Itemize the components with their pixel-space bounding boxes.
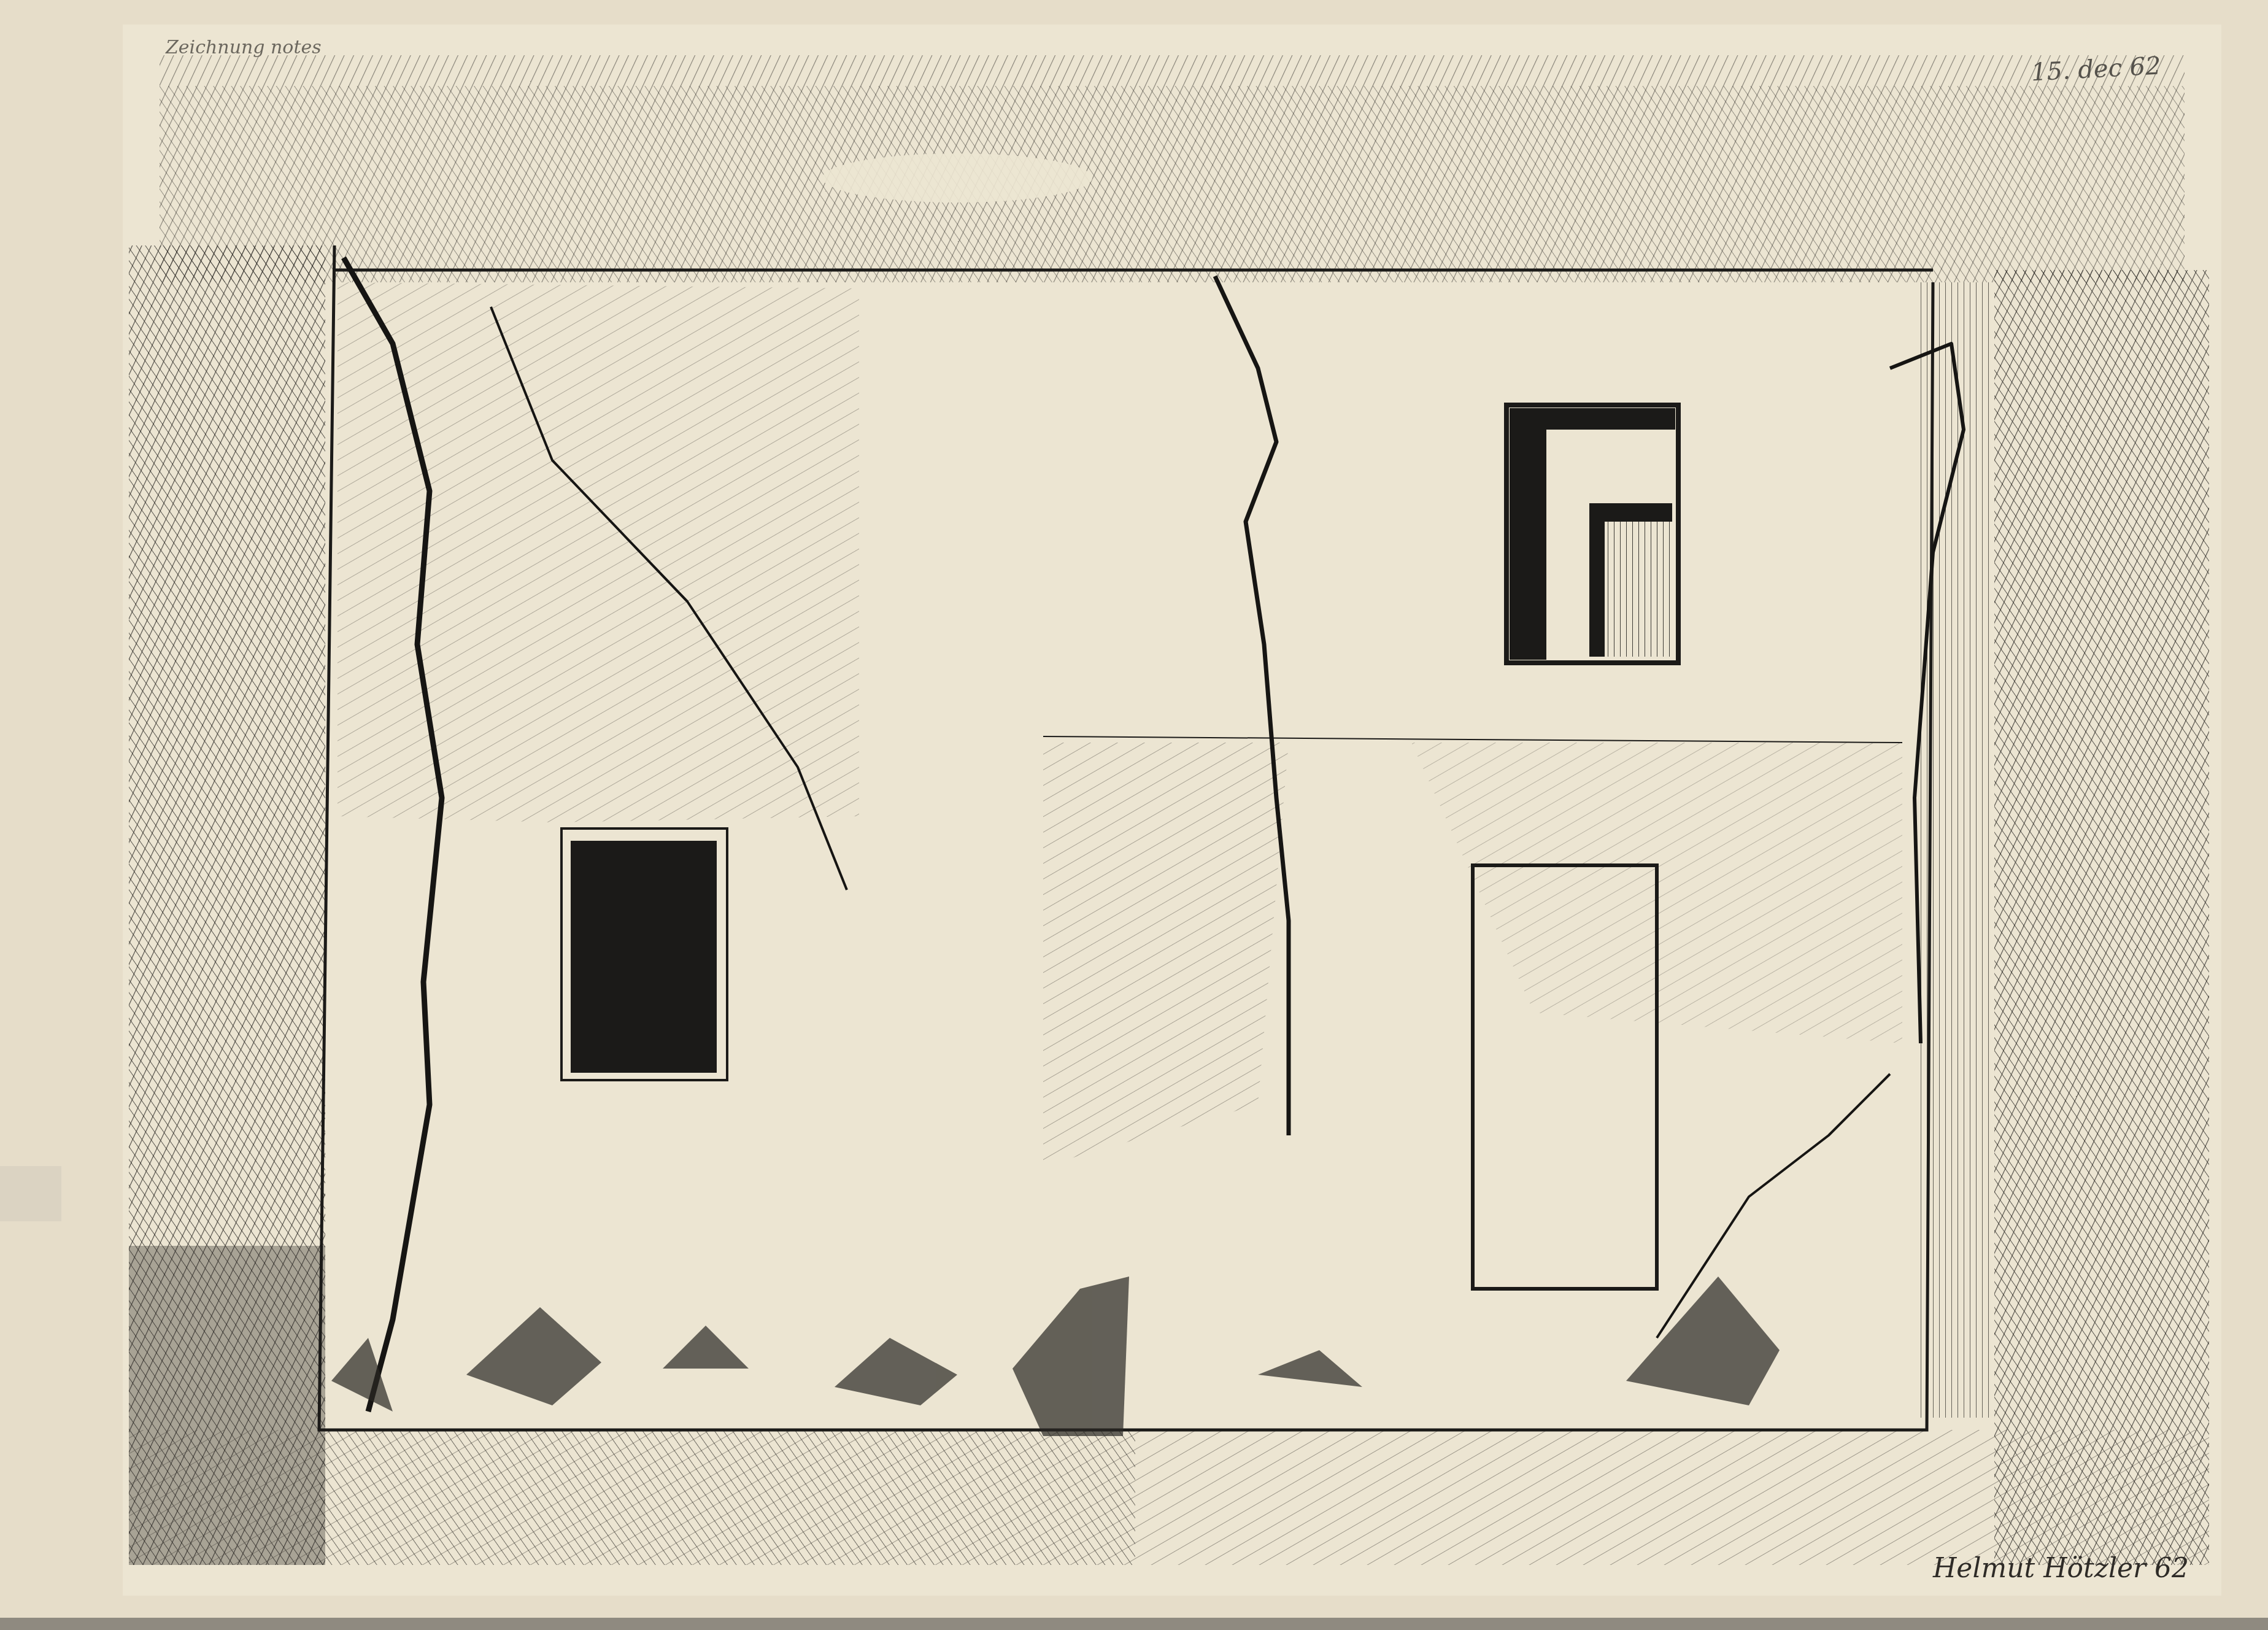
rubble <box>331 1277 1780 1436</box>
scan-edge <box>0 1618 2268 1630</box>
corner-notes: Zeichnung notes <box>166 37 322 58</box>
paper-sheet: Zeichnung notes 15. dec 62 Helmut Hötzle… <box>0 0 2268 1630</box>
left-pillar <box>129 245 325 1565</box>
top-band <box>160 55 2185 282</box>
right-pillar <box>1921 270 2209 1565</box>
drawing <box>0 0 2268 1630</box>
window-upper-right <box>1506 405 1678 663</box>
window-left <box>561 829 727 1080</box>
ground <box>129 1430 2209 1565</box>
artist-signature: Helmut Hötzler 62 <box>1933 1553 2189 1584</box>
